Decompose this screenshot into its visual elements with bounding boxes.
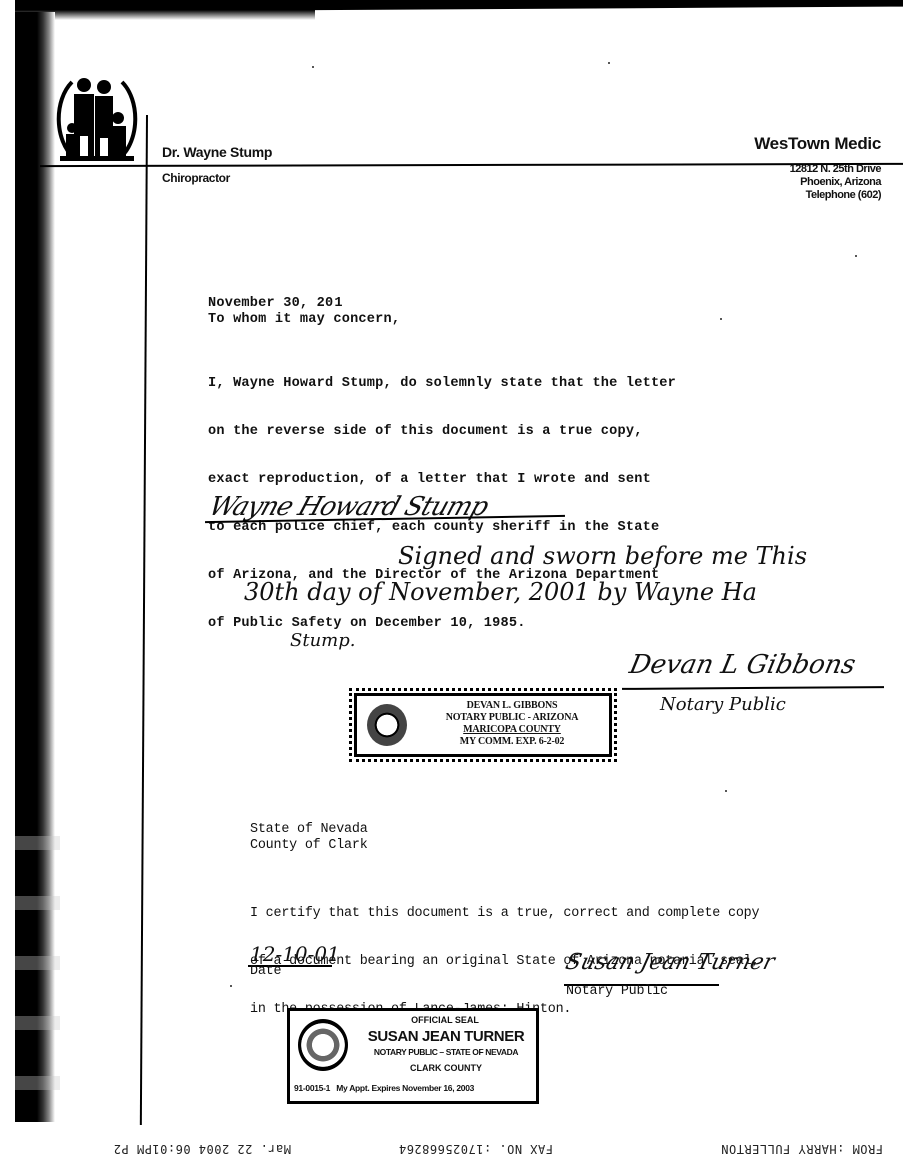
- scan-speck: [608, 62, 610, 64]
- notary-title-handwritten: Notary Public: [660, 694, 786, 715]
- letter-line: exact reproduction, of a letter that I w…: [208, 472, 676, 488]
- scan-speck: [725, 790, 727, 792]
- stamp-line: MY COMM. EXP. 6-2-02: [417, 736, 607, 748]
- certification-state: State of Nevada: [250, 822, 368, 838]
- stamp-name: SUSAN JEAN TURNER: [354, 1028, 538, 1045]
- scan-top-shadow: [15, 10, 315, 20]
- certification-date-value: 12-10-01: [250, 942, 340, 966]
- letterhead-name: Dr. Wayne Stump: [162, 144, 272, 160]
- signature-line: [622, 686, 884, 690]
- signature-devan-gibbons: Devan L Gibbons: [627, 650, 858, 680]
- stamp-county: CLARK COUNTY: [354, 1063, 538, 1073]
- scan-speck: [720, 318, 722, 320]
- fax-date-page: Mar. 22 2004 06:01PM P2: [113, 1142, 291, 1156]
- address-line: Phoenix, Arizona: [790, 176, 881, 189]
- stamp-footer: 91-0015-1 My Appt. Expires November 16, …: [294, 1083, 534, 1093]
- fax-number: FAX NO. :17025668264: [399, 1142, 554, 1156]
- address-line: Telephone (602): [790, 189, 881, 202]
- scan-left-edge-mottle: [15, 800, 60, 1110]
- stamp-text: DEVAN L. GIBBONS NOTARY PUBLIC - ARIZONA…: [417, 700, 607, 748]
- letter-date: November 30, 20 1: [208, 296, 343, 312]
- certification-line: I certify that this document is a true, …: [250, 906, 759, 922]
- letterhead-company: WesTown Medic: [754, 134, 881, 154]
- address-line: 12812 N. 25th Drive: [790, 163, 881, 176]
- letter-salutation: To whom it may concern,: [208, 312, 400, 328]
- letterhead-address: 12812 N. 25th Drive Phoenix, Arizona Tel…: [790, 163, 881, 202]
- nevada-notary-seal-icon: [298, 1019, 348, 1071]
- stamp-line: DEVAN L. GIBBONS: [417, 700, 607, 712]
- letterhead-vertical-rule: [140, 115, 148, 1125]
- signature-susan-turner: Susan Jean Turner: [563, 950, 777, 975]
- letterhead-horizontal-rule: [40, 163, 903, 167]
- arizona-notary-stamp: DEVAN L. GIBBONS NOTARY PUBLIC - ARIZONA…: [354, 693, 612, 757]
- letter-line: of Public Safety on December 10, 1985.: [208, 616, 676, 632]
- stamp-line: MARICOPA COUNTY: [417, 724, 607, 736]
- fax-header: FROM :HARRY FULLERTON FAX NO. :170256682…: [0, 1138, 903, 1158]
- letter-line: I, Wayne Howard Stump, do solemnly state…: [208, 376, 676, 392]
- stamp-line: NOTARY PUBLIC - ARIZONA: [417, 712, 607, 724]
- scan-speck: [855, 255, 857, 257]
- jurat-line: Signed and sworn before me This: [398, 542, 807, 570]
- stamp-heading: OFFICIAL SEAL: [360, 1015, 530, 1025]
- letter-line: on the reverse side of this document is …: [208, 424, 676, 440]
- scan-speck: [312, 66, 314, 68]
- certification-date-label: Date: [250, 964, 281, 980]
- notary-public-label: Notary Public: [566, 984, 668, 1000]
- nevada-notary-stamp: OFFICIAL SEAL SUSAN JEAN TURNER NOTARY P…: [287, 1008, 539, 1104]
- fax-from: FROM :HARRY FULLERTON: [721, 1142, 883, 1156]
- certification-county: County of Clark: [250, 838, 368, 854]
- stamp-title: NOTARY PUBLIC – STATE OF NEVADA: [354, 1047, 538, 1057]
- family-silhouette-icon: [52, 70, 142, 165]
- arizona-notary-seal-icon: [367, 704, 407, 746]
- letterhead-title: Chiropractor: [162, 171, 230, 185]
- jurat-line: Stump.: [290, 630, 355, 651]
- letter-line: to each police chief, each county sherif…: [208, 520, 676, 536]
- scan-speck: [230, 985, 232, 987]
- jurat-line: 30th day of November, 2001 by Wayne Ha: [244, 578, 757, 606]
